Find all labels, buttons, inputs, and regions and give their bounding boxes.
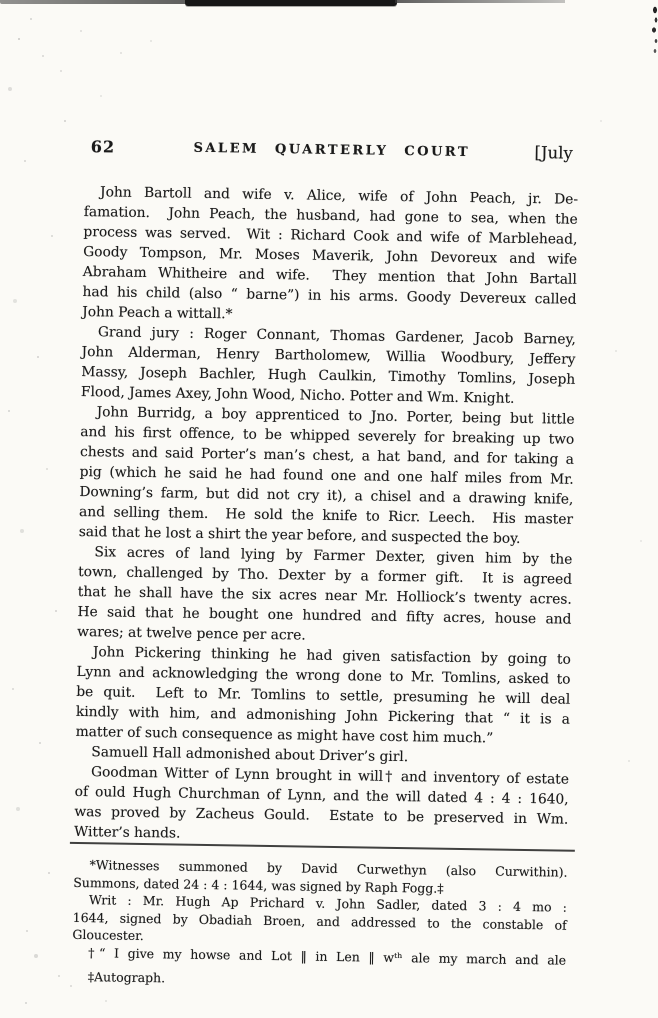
text-line: ‡Autograph. <box>72 968 566 993</box>
body-text: John Bartoll and wife v. Alice, wife of … <box>74 182 578 850</box>
scan-artifact-top-left <box>0 0 195 4</box>
scanned-page: 62 SALEM QUARTERLY COURT [July John Bart… <box>0 0 658 1018</box>
scan-artifact-top-right <box>395 0 565 3</box>
page-header: 62 SALEM QUARTERLY COURT [July <box>85 136 579 164</box>
running-title: SALEM QUARTERLY COURT <box>85 139 579 162</box>
footnotes: *Witnesses summoned by David Curwethyn (… <box>72 856 568 993</box>
header-month: [July <box>534 143 573 163</box>
scan-noise-scatter <box>0 0 2 2</box>
scan-artifact-right-edge <box>651 4 658 56</box>
scan-artifact-top-black <box>185 0 397 6</box>
page-content: 62 SALEM QUARTERLY COURT [July John Bart… <box>72 136 579 993</box>
